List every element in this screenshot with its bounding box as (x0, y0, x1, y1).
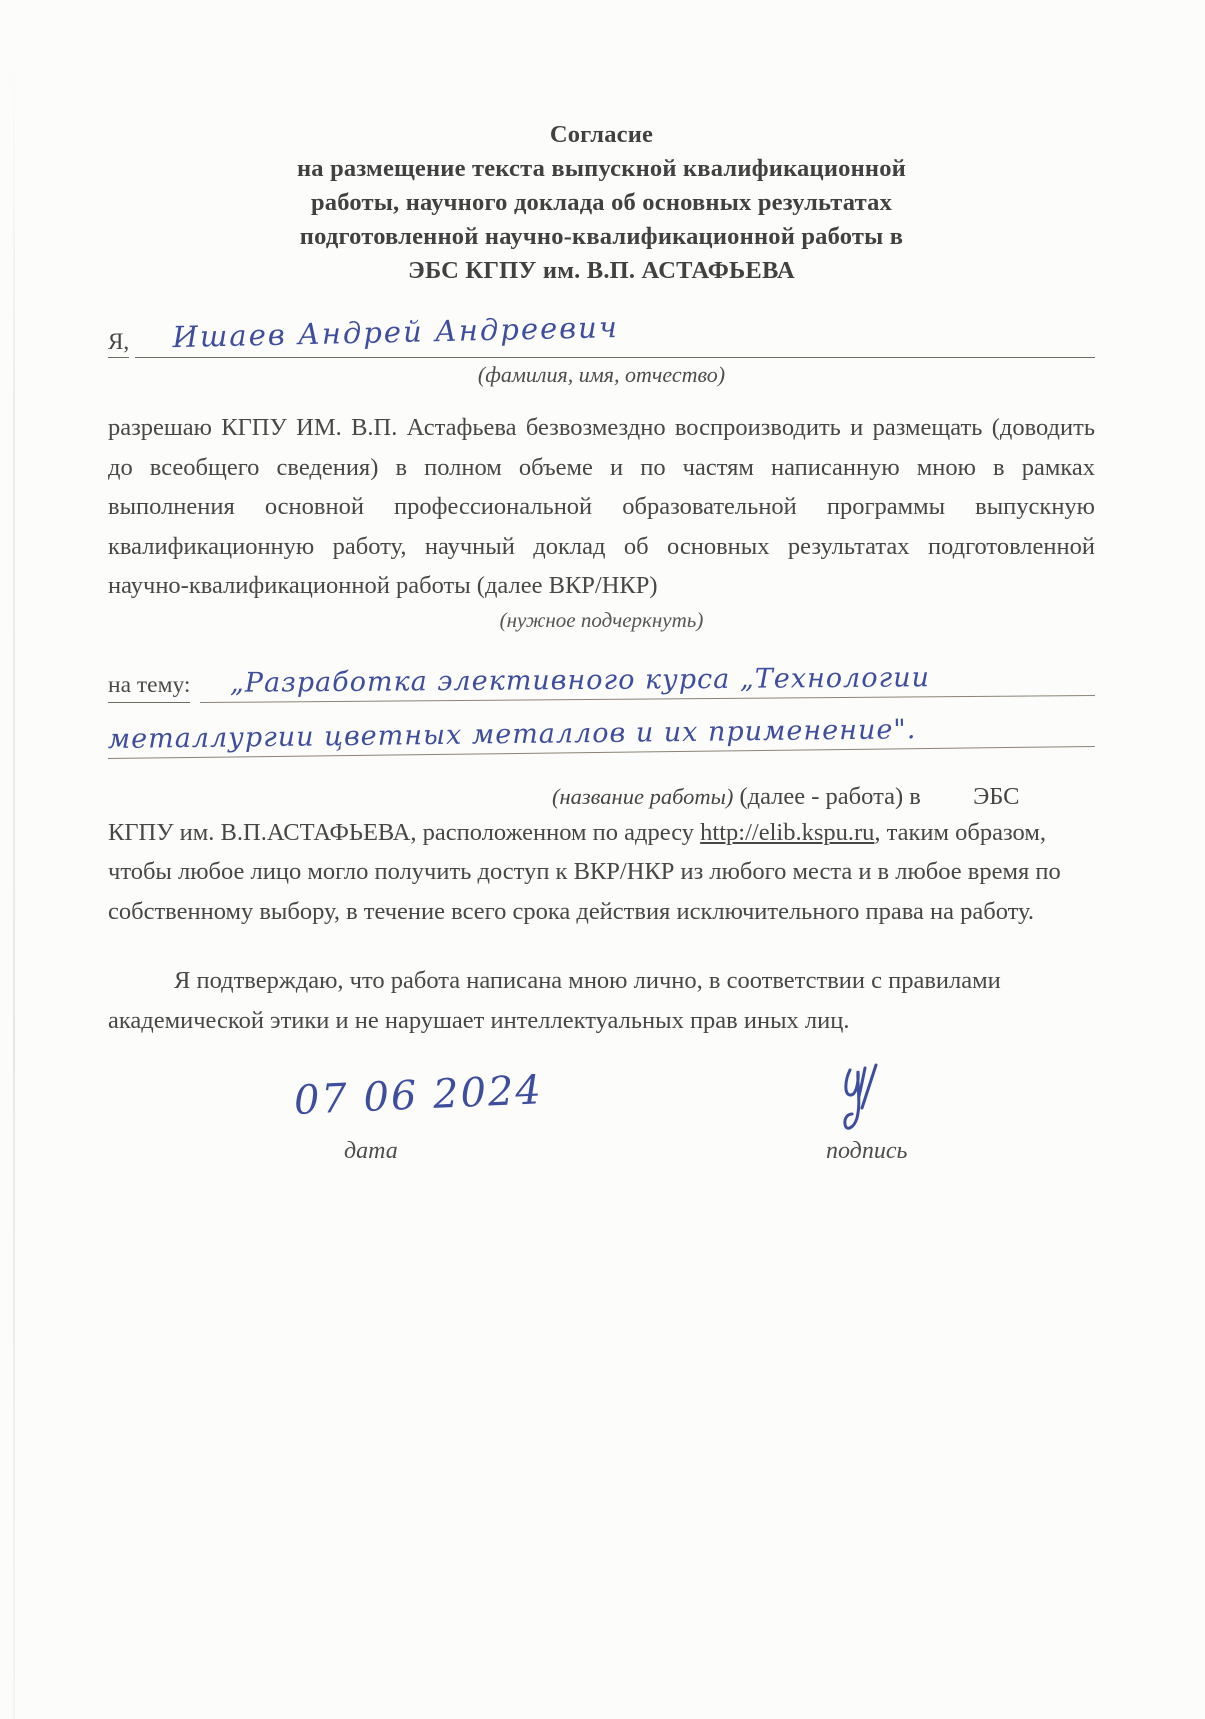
location-paragraph: КГПУ им. В.П.АСТАФЬЕВА, расположенном по… (108, 813, 1095, 932)
document-content: Согласие на размещение текста выпускной … (108, 118, 1095, 1065)
work-reference-line: (название работы) (далее - работа) в ЭБС (108, 783, 1095, 811)
ebs-label: ЭБС (973, 783, 1019, 810)
document-title: Согласие на размещение текста выпускной … (108, 118, 1095, 288)
confirmation-paragraph: Я подтверждаю, что работа написана мною … (108, 961, 1095, 1040)
topic-row-1: на тему: „Разработка элективного курса „… (108, 649, 1095, 703)
declarant-name-ruled-line: Ишаев Андрей Андреевич (135, 321, 1095, 358)
topic-ruled-line-2: металлургии цветных металлов и их примен… (108, 711, 1095, 758)
work-title-caption: (название работы) (552, 784, 733, 809)
work-reference-rest: (далее - работа) в (739, 783, 920, 810)
handwritten-topic-line-1: „Разработка элективного курса „Технологи… (200, 662, 930, 702)
elib-url: http://elib.kspu.ru (700, 819, 874, 846)
title-line-3: работы, научного доклада об основных рез… (108, 186, 1095, 220)
title-line-4: подготовленной научно-квалификационной р… (108, 220, 1095, 254)
handwritten-topic-line-2: металлургии цветных металлов и их примен… (108, 714, 917, 758)
handwritten-date: 07 06 2024 (293, 1067, 544, 1124)
scanned-consent-document: Согласие на размещение текста выпускной … (0, 0, 1205, 1719)
topic-label: на тему: (108, 672, 190, 703)
date-label: дата (344, 1138, 398, 1165)
declarant-row: Я, Ишаев Андрей Андреевич (108, 308, 1095, 358)
handwritten-name: Ишаев Андрей Андреевич (134, 310, 619, 357)
location-before-url: КГПУ им. В.П.АСТАФЬЕВА, расположенном по… (108, 819, 700, 846)
title-line-1: Согласие (108, 118, 1095, 152)
topic-ruled-line-1: „Разработка элективного курса „Технологи… (200, 660, 1095, 702)
signature-label: подпись (826, 1138, 907, 1165)
title-line-2: на размещение текста выпускной квалифика… (108, 152, 1095, 186)
scan-artifact-line (13, 60, 15, 1719)
permission-paragraph: разрешаю КГПУ ИМ. В.П. Астафьева безвозм… (108, 408, 1095, 606)
signature-scribble-icon (838, 1062, 894, 1145)
declarant-prefix: Я, (108, 329, 129, 358)
name-caption: (фамилия, имя, отчество) (108, 362, 1095, 388)
title-line-5: ЭБС КГПУ им. В.П. АСТАФЬЕВА (108, 254, 1095, 288)
underline-note: (нужное подчеркнуть) (108, 608, 1095, 633)
topic-row-2: металлургии цветных металлов и их примен… (108, 703, 1095, 759)
